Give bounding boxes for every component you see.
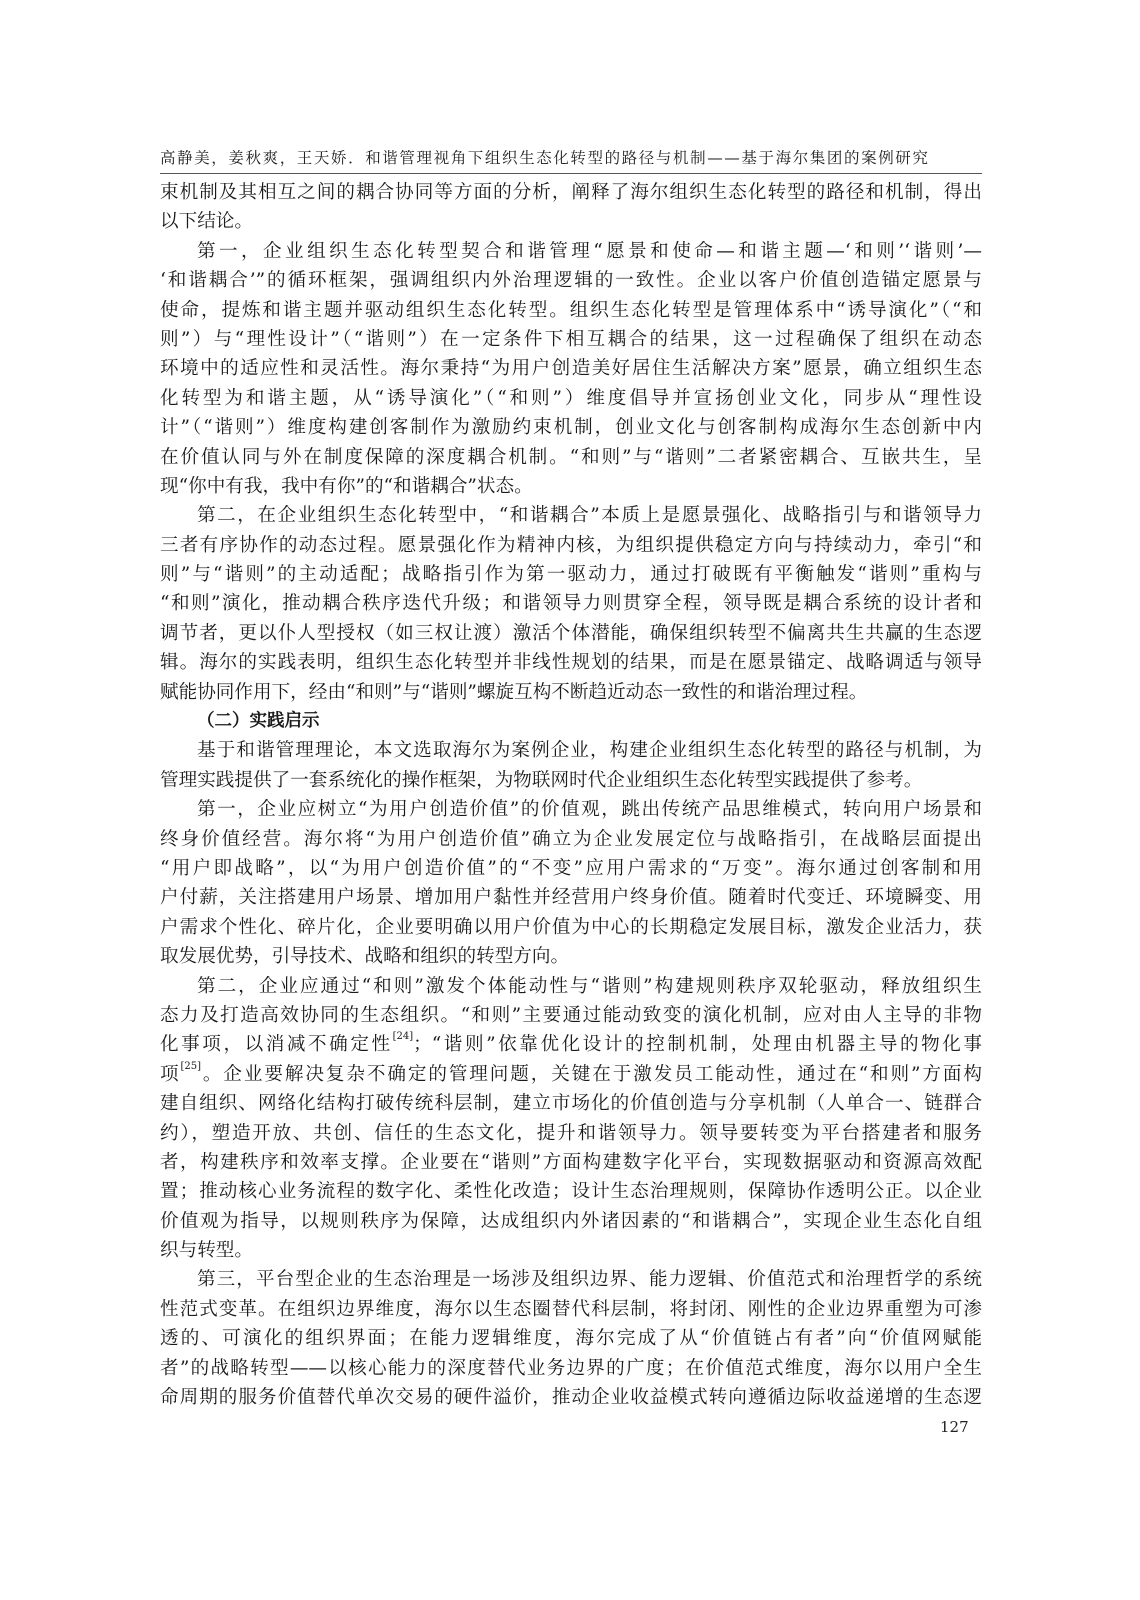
text-line: 建自组织、网络化结构打破传统科层制，建立市场化的价值创造与分享机制（人单合一、链… [160, 1089, 982, 1118]
text-line: 调节者，更以仆人型授权（如三权让渡）激活个体潜能，确保组织转型不偏离共生共赢的生… [160, 619, 982, 648]
text-line: 辑。海尔的实践表明，组织生态化转型并非线性规划的结果，而是在愿景锚定、战略调适与… [160, 648, 982, 677]
line-text: 基于和谐管理理论，本文选取海尔为案例企业，构建企业组织生态化转型的路径与机制，为 [197, 740, 982, 761]
text-line: “和则”演化，推动耦合秩序迭代升级；和谐领导力则贯穿全程，领导既是耦合系统的设计… [160, 589, 982, 618]
text-line: 基于和谐管理理论，本文选取海尔为案例企业，构建企业组织生态化转型的路径与机制，为 [160, 736, 982, 765]
line-text: 则”与“谐则”的主动适配；战略指引作为第一驱动力，通过打破既有平衡触发“谐则”重… [160, 564, 982, 585]
text-line: 则”）与“理性设计”（“谐则”）在一定条件下相互耦合的结果，这一过程确保了组织在… [160, 325, 982, 354]
line-text: 第一，企业应树立“为用户创造价值”的价值观，跳出传统产品思维模式，转向用户场景和 [197, 799, 982, 820]
citation-reference[interactable]: [25] [181, 1061, 202, 1072]
line-text: ‘和谐耦合’”的循环框架，强调组织内外治理逻辑的一致性。企业以客户价值创造锚定愿… [160, 270, 982, 291]
line-text: 约），塑造开放、共创、信任的生态文化，提升和谐领导力。领导要转变为平台搭建者和服… [160, 1123, 982, 1144]
line-text: 户付薪，关注搭建用户场景、增加用户黏性并经营用户终身价值。随着时代变迁、环境瞬变… [160, 887, 982, 908]
line-text: 第二，企业应通过“和则”激发个体能动性与“谐则”构建规则秩序双轮驱动，释放组织生 [197, 976, 982, 997]
line-text: 计”（“谐则”）维度构建创客制作为激励约束机制，创业文化与创客制构成海尔生态创新… [160, 417, 982, 438]
text-line: 管理实践提供了一套系统化的操作框架，为物联网时代企业组织生态化转型实践提供了参考… [160, 766, 982, 795]
line-text: “用户即战略”，以“为用户创造价值”的“不变”应用户需求的“万变”。海尔通过创客… [160, 858, 982, 879]
text-line: 在价值认同与外在制度保障的深度耦合机制。“和则”与“谐则”二者紧密耦合、互嵌共生… [160, 443, 982, 472]
line-text: 性范式变革。在组织边界维度，海尔以生态圈替代科层制，将封闭、刚性的企业边界重塑为… [160, 1299, 982, 1320]
line-text: 命周期的服务价值替代单次交易的硬件溢价，推动企业收益模式转向遵循边际收益递增的生… [160, 1387, 982, 1408]
line-text: 则”）与“理性设计”（“谐则”）在一定条件下相互耦合的结果，这一过程确保了组织在… [160, 329, 982, 350]
text-line: 束机制及其相互之间的耦合协同等方面的分析，阐释了海尔组织生态化转型的路径和机制，… [160, 178, 982, 207]
text-line: 态力及打造高效协同的生态组织。“和则”主要通过能动致变的演化机制，应对由人主导的… [160, 1001, 982, 1030]
line-text: “和则”演化，推动耦合秩序迭代升级；和谐领导力则贯穿全程，领导既是耦合系统的设计… [160, 593, 982, 614]
citation-reference[interactable]: [24] [393, 1031, 414, 1042]
line-text: 以下结论。 [160, 211, 253, 232]
line-text: 在价值认同与外在制度保障的深度耦合机制。“和则”与“谐则”二者紧密耦合、互嵌共生… [160, 447, 982, 468]
text-line: 现“你中有我，我中有你”的“和谐耦合”状态。 [160, 472, 982, 501]
text-line: 第二，在企业组织生态化转型中，“和谐耦合”本质上是愿景强化、战略指引与和谐领导力 [160, 501, 982, 530]
line-text: 取发展优势，引导技术、战略和组织的转型方向。 [160, 946, 569, 967]
text-line: 性范式变革。在组织边界维度，海尔以生态圈替代科层制，将封闭、刚性的企业边界重塑为… [160, 1295, 982, 1324]
text-line: ‘和谐耦合’”的循环框架，强调组织内外治理逻辑的一致性。企业以客户价值创造锚定愿… [160, 266, 982, 295]
text-line: 者，构建秩序和效率支撑。企业要在“谐则”方面构建数字化平台，实现数据驱动和资源高… [160, 1148, 982, 1177]
text-line: “用户即战略”，以“为用户创造价值”的“不变”应用户需求的“万变”。海尔通过创客… [160, 854, 982, 883]
line-text: 第一，企业组织生态化转型契合和谐管理“愿景和使命—和谐主题—‘和则’‘谐则’— [197, 241, 982, 262]
text-line: 以下结论。 [160, 207, 982, 236]
text-line: 化事项，以消减不确定性[24]；“谐则”依靠优化设计的控制机制，处理由机器主导的… [160, 1030, 982, 1059]
line-text: 使命，提炼和谐主题并驱动组织生态化转型。组织生态化转型是管理体系中“诱导演化”（… [160, 300, 982, 321]
text-line: 约），塑造开放、共创、信任的生态文化，提升和谐领导力。领导要转变为平台搭建者和服… [160, 1119, 982, 1148]
text-line: 价值观为指导，以规则秩序为保障，达成组织内外诸因素的“和谐耦合”，实现企业生态化… [160, 1207, 982, 1236]
text-line: 命周期的服务价值替代单次交易的硬件溢价，推动企业收益模式转向遵循边际收益递增的生… [160, 1383, 982, 1412]
line-text: 管理实践提供了一套系统化的操作框架，为物联网时代企业组织生态化转型实践提供了参考… [160, 770, 922, 791]
text-line: 户需求个性化、碎片化，企业要明确以用户价值为中心的长期稳定发展目标，激发企业活力… [160, 913, 982, 942]
running-header: 高静美，姜秋爽，王天娇．和谐管理视角下组织生态化转型的路径与机制——基于海尔集团… [160, 147, 982, 174]
text-line: 第一，企业组织生态化转型契合和谐管理“愿景和使命—和谐主题—‘和则’‘谐则’— [160, 237, 982, 266]
line-text: 终身价值经营。海尔将“为用户创造价值”确立为企业发展定位与战略指引，在战略层面提… [160, 829, 982, 850]
text-line: 化转型为和谐主题，从“诱导演化”（“和则”）维度倡导并宣扬创业文化，同步从“理性… [160, 384, 982, 413]
line-text: 现“你中有我，我中有你”的“和谐耦合”状态。 [160, 476, 533, 497]
line-text: 价值观为指导，以规则秩序为保障，达成组织内外诸因素的“和谐耦合”，实现企业生态化… [160, 1211, 982, 1232]
text-line: 赋能协同作用下，经由“和则”与“谐则”螺旋互构不断趋近动态一致性的和谐治理过程。 [160, 678, 982, 707]
line-text: 三者有序协作的动态过程。愿景强化作为精神内核，为组织提供稳定方向与持续动力，牵引… [160, 535, 982, 556]
line-text: 建自组织、网络化结构打破传统科层制，建立市场化的价值创造与分享机制（人单合一、链… [160, 1093, 982, 1114]
text-line: 第一，企业应树立“为用户创造价值”的价值观，跳出传统产品思维模式，转向用户场景和 [160, 795, 982, 824]
text-line: 置；推动核心业务流程的数字化、柔性化改造；设计生态治理规则，保障协作透明公正。以… [160, 1177, 982, 1206]
line-text: 态力及打造高效协同的生态组织。“和则”主要通过能动致变的演化机制，应对由人主导的… [160, 1005, 982, 1026]
line-text: （二）实践启示 [197, 711, 320, 731]
text-line: 者”的战略转型——以核心能力的深度替代业务边界的广度；在价值范式维度，海尔以用户… [160, 1354, 982, 1383]
line-text-tail: ；“谐则”依靠优化设计的控制机制，处理由机器主导的物化事 [413, 1034, 982, 1055]
line-text: 束机制及其相互之间的耦合协同等方面的分析，阐释了海尔组织生态化转型的路径和机制，… [160, 182, 982, 203]
page-number: 127 [940, 1418, 969, 1436]
line-text: 辑。海尔的实践表明，组织生态化转型并非线性规划的结果，而是在愿景锚定、战略调适与… [160, 652, 982, 673]
text-line: 环境中的适应性和灵活性。海尔秉持“为用户创造美好居住生活解决方案”愿景，确立组织… [160, 354, 982, 383]
line-text-tail: 。企业要解决复杂不确定的管理问题，关键在于激发员工能动性，通过在“和则”方面构 [201, 1064, 982, 1085]
line-text: 织与转型。 [160, 1240, 253, 1261]
line-text: 环境中的适应性和灵活性。海尔秉持“为用户创造美好居住生活解决方案”愿景，确立组织… [160, 358, 982, 379]
text-line: 使命，提炼和谐主题并驱动组织生态化转型。组织生态化转型是管理体系中“诱导演化”（… [160, 296, 982, 325]
line-text: 者，构建秩序和效率支撑。企业要在“谐则”方面构建数字化平台，实现数据驱动和资源高… [160, 1152, 982, 1173]
section-heading: （二）实践启示 [160, 707, 982, 736]
line-text: 第二，在企业组织生态化转型中，“和谐耦合”本质上是愿景强化、战略指引与和谐领导力 [197, 505, 982, 526]
text-line: 户付薪，关注搭建用户场景、增加用户黏性并经营用户终身价值。随着时代变迁、环境瞬变… [160, 883, 982, 912]
text-line: 计”（“谐则”）维度构建创客制作为激励约束机制，创业文化与创客制构成海尔生态创新… [160, 413, 982, 442]
text-line: 项[25]。企业要解决复杂不确定的管理问题，关键在于激发员工能动性，通过在“和则… [160, 1060, 982, 1089]
article-body: 束机制及其相互之间的耦合协同等方面的分析，阐释了海尔组织生态化转型的路径和机制，… [160, 178, 982, 1412]
line-text: 项 [160, 1064, 181, 1085]
line-text: 户需求个性化、碎片化，企业要明确以用户价值为中心的长期稳定发展目标，激发企业活力… [160, 917, 982, 938]
line-text: 透的、可演化的组织界面；在能力逻辑维度，海尔完成了从“价值链占有者”向“价值网赋… [160, 1328, 982, 1349]
text-line: 透的、可演化的组织界面；在能力逻辑维度，海尔完成了从“价值链占有者”向“价值网赋… [160, 1324, 982, 1353]
line-text: 者”的战略转型——以核心能力的深度替代业务边界的广度；在价值范式维度，海尔以用户… [160, 1358, 982, 1379]
line-text: 化转型为和谐主题，从“诱导演化”（“和则”）维度倡导并宣扬创业文化，同步从“理性… [160, 388, 982, 409]
text-line: 则”与“谐则”的主动适配；战略指引作为第一驱动力，通过打破既有平衡触发“谐则”重… [160, 560, 982, 589]
text-line: 第二，企业应通过“和则”激发个体能动性与“谐则”构建规则秩序双轮驱动，释放组织生 [160, 972, 982, 1001]
text-line: 第三，平台型企业的生态治理是一场涉及组织边界、能力逻辑、价值范式和治理哲学的系统 [160, 1265, 982, 1294]
text-line: 取发展优势，引导技术、战略和组织的转型方向。 [160, 942, 982, 971]
line-text: 化事项，以消减不确定性 [160, 1034, 393, 1055]
line-text: 置；推动核心业务流程的数字化、柔性化改造；设计生态治理规则，保障协作透明公正。以… [160, 1181, 982, 1202]
line-text: 赋能协同作用下，经由“和则”与“谐则”螺旋互构不断趋近动态一致性的和谐治理过程。 [160, 682, 867, 703]
line-text: 第三，平台型企业的生态治理是一场涉及组织边界、能力逻辑、价值范式和治理哲学的系统 [197, 1269, 982, 1290]
text-line: 织与转型。 [160, 1236, 982, 1265]
text-line: 三者有序协作的动态过程。愿景强化作为精神内核，为组织提供稳定方向与持续动力，牵引… [160, 531, 982, 560]
text-line: 终身价值经营。海尔将“为用户创造价值”确立为企业发展定位与战略指引，在战略层面提… [160, 825, 982, 854]
line-text: 调节者，更以仆人型授权（如三权让渡）激活个体潜能，确保组织转型不偏离共生共赢的生… [160, 623, 982, 644]
